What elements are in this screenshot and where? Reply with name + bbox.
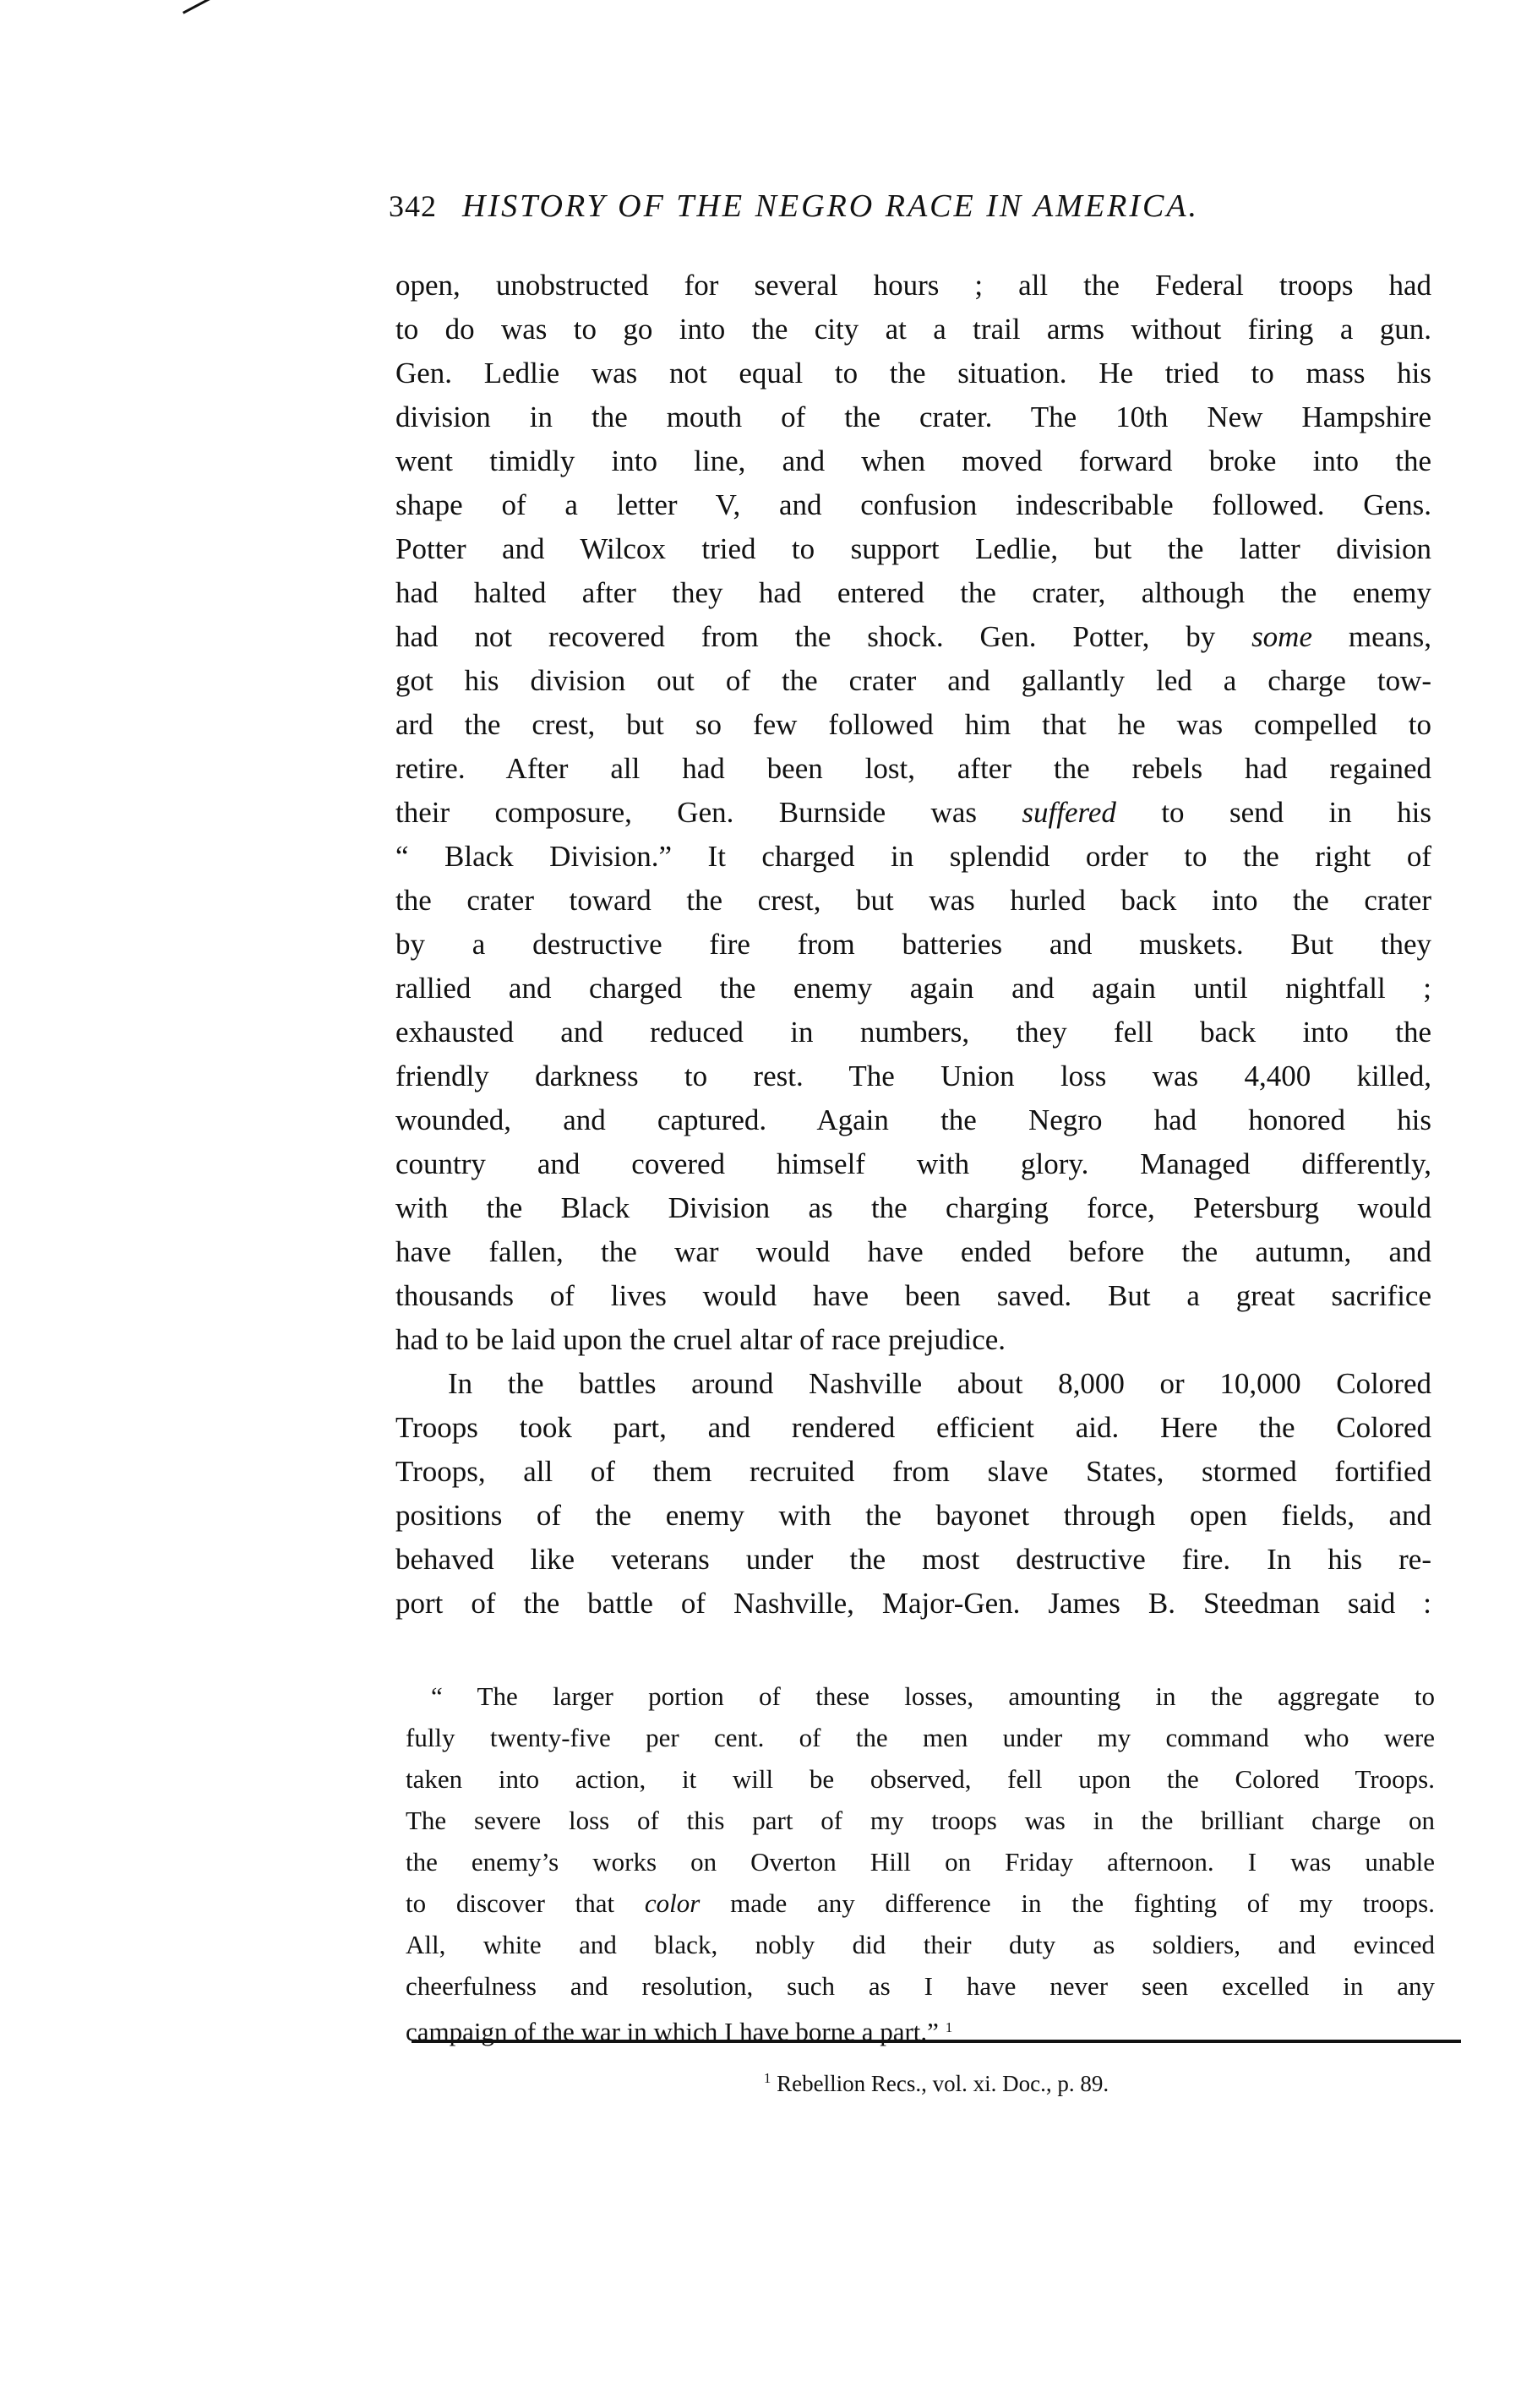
quote-line-with-italic: to discover that color made any differen…: [406, 1882, 1435, 1924]
body-line: retire. After all had been lost, after t…: [395, 747, 1431, 791]
quote-line: cheerfulness and resolution, such as I h…: [406, 1965, 1435, 2007]
body-line: exhausted and reduced in numbers, they f…: [395, 1011, 1431, 1054]
body-line: country and covered himself with glory. …: [395, 1142, 1431, 1186]
quote-line: the enemy’s works on Overton Hill on Fri…: [406, 1841, 1435, 1882]
body-line: port of the battle of Nashville, Major-G…: [395, 1582, 1431, 1626]
stray-pen-mark: [183, 0, 210, 14]
body-line: have fallen, the war would have ended be…: [395, 1230, 1431, 1274]
running-title: HISTORY OF THE NEGRO RACE IN AMERICA.: [462, 188, 1199, 224]
footnote-reference: 1: [946, 2019, 953, 2035]
body-line-text: had not recovered from the shock. Gen. P…: [395, 620, 1215, 653]
footnote-marker: 1: [764, 2070, 771, 2086]
body-line: to do was to go into the city at a trail…: [395, 308, 1431, 351]
running-head: 342 HISTORY OF THE NEGRO RACE IN AMERICA…: [389, 188, 1445, 238]
body-text: open, unobstructed for several hours ; a…: [395, 264, 1431, 1626]
italic-emphasis: color: [645, 1888, 700, 1918]
quote-line: taken into action, it will be observed, …: [406, 1758, 1435, 1800]
italic-emphasis: some: [1251, 620, 1312, 653]
footnote-rule: [412, 2040, 1461, 2043]
body-line: the crater toward the crest, but was hur…: [395, 879, 1431, 923]
body-line-text: to send in his: [1161, 796, 1431, 829]
body-line-with-italic: had not recovered from the shock. Gen. P…: [395, 615, 1431, 659]
body-line: Potter and Wilcox tried to support Ledli…: [395, 527, 1431, 571]
body-line: friendly darkness to rest. The Union los…: [395, 1054, 1431, 1098]
quote-line-text: to discover that: [406, 1888, 614, 1918]
quote-line: All, white and black, nobly did their du…: [406, 1924, 1435, 1965]
italic-emphasis: suffered: [1022, 796, 1115, 829]
paragraph-start-line: In the battles around Nashville about 8,…: [395, 1362, 1431, 1406]
block-quote: “ The larger portion of these losses, am…: [406, 1675, 1435, 2048]
quote-line: The severe loss of this part of my troop…: [406, 1800, 1435, 1841]
footnote: 1 Rebellion Recs., vol. xi. Doc., p. 89.: [412, 2062, 1461, 2100]
body-line: division in the mouth of the crater. The…: [395, 395, 1431, 439]
body-line-with-italic: their composure, Gen. Burnside was suffe…: [395, 791, 1431, 835]
quote-line-text: made any difference in the fighting of m…: [730, 1888, 1435, 1918]
body-line: ard the crest, but so few followed him t…: [395, 703, 1431, 747]
body-line: with the Black Division as the charging …: [395, 1186, 1431, 1230]
body-line: Troops, all of them recruited from slave…: [395, 1450, 1431, 1494]
body-line: wounded, and captured. Again the Negro h…: [395, 1098, 1431, 1142]
body-line: rallied and charged the enemy again and …: [395, 967, 1431, 1011]
page-number: 342: [389, 189, 437, 223]
body-line: behaved like veterans under the most des…: [395, 1538, 1431, 1582]
body-line: went timidly into line, and when moved f…: [395, 439, 1431, 483]
quote-line: “ The larger portion of these losses, am…: [406, 1675, 1435, 1717]
body-line: had halted after they had entered the cr…: [395, 571, 1431, 615]
body-line: open, unobstructed for several hours ; a…: [395, 264, 1431, 308]
footnote-text: Rebellion Recs., vol. xi. Doc., p. 89.: [777, 2071, 1109, 2096]
body-line: “ Black Division.” It charged in splendi…: [395, 835, 1431, 879]
body-line: positions of the enemy with the bayonet …: [395, 1494, 1431, 1538]
quote-line: fully twenty-five per cent. of the men u…: [406, 1717, 1435, 1758]
body-line: thousands of lives would have been saved…: [395, 1274, 1431, 1318]
body-line-text: means,: [1349, 620, 1431, 653]
body-line: Gen. Ledlie was not equal to the situati…: [395, 351, 1431, 395]
body-line: by a destructive fire from batteries and…: [395, 923, 1431, 967]
body-line: Troops took part, and rendered efficient…: [395, 1406, 1431, 1450]
body-line: shape of a letter V, and confusion indes…: [395, 483, 1431, 527]
body-line-text: their composure, Gen. Burnside was: [395, 796, 977, 829]
body-line: got his division out of the crater and g…: [395, 659, 1431, 703]
body-line: had to be laid upon the cruel altar of r…: [395, 1318, 1431, 1362]
